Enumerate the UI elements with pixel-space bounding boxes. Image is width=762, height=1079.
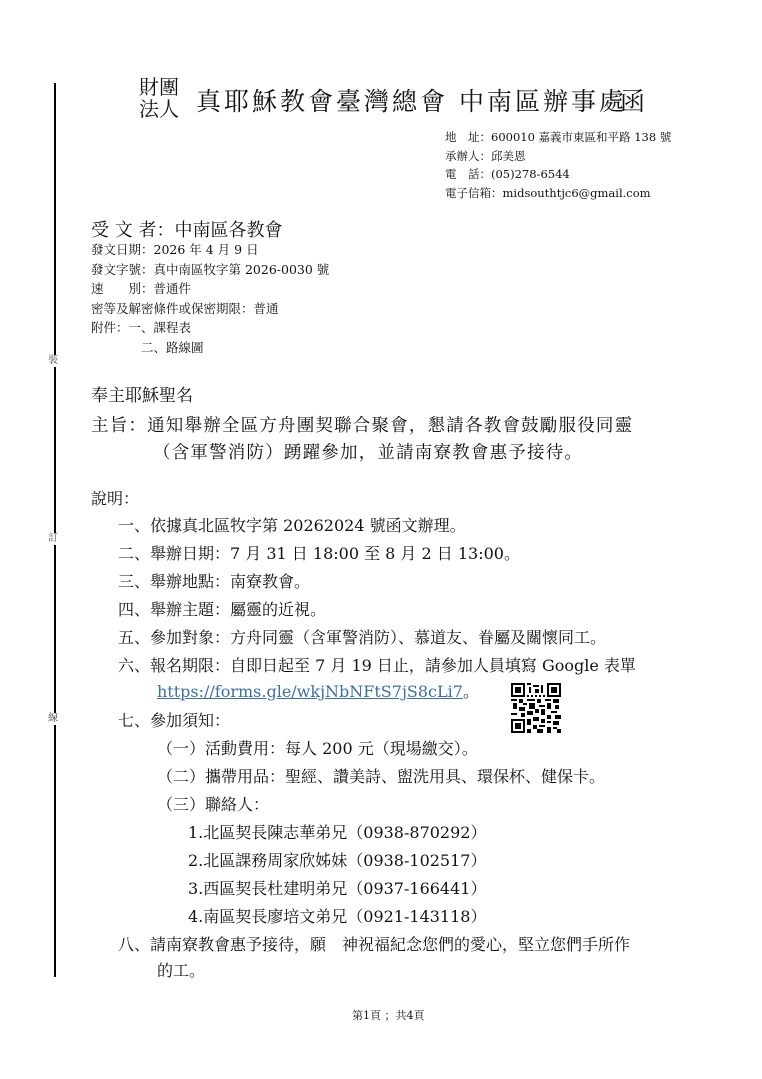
org-name: 真耶穌教會臺灣總會 中南區辦事處: [196, 82, 627, 118]
google-form-link[interactable]: https://forms.gle/wkjNbNFtS7jS8cLi7: [157, 682, 463, 701]
contact-email: 電子信箱：midsouthtjc6@gmail.com: [445, 184, 671, 203]
org-prefix-line2: 法人: [139, 98, 179, 120]
binding-char-ding: 訂: [48, 533, 58, 545]
form-link-line: https://forms.gle/wkjNbNFtS7jS8cLi7。: [157, 679, 479, 702]
notice-1: （一）活動費用：每人 200 元（現場繳交）。: [157, 736, 478, 759]
contact-block: 地 址：600010 嘉義市東區和平路 138 號 承辦人：邱美恩 電 話：(0…: [445, 128, 671, 202]
explanation-item-8: 八、請南寮教會惠予接待，願 神祝福紀念您們的愛心，堅立您們手所作: [118, 932, 630, 955]
explanation-item-5: 五、參加對象：方舟同靈（含軍警消防）、慕道友、眷屬及關懷同工。: [118, 625, 606, 648]
attachment-2: 二、路線圖: [91, 338, 329, 358]
recipient: 受 文 者：中南區各教會: [91, 216, 282, 242]
explanation-label: 說明：: [91, 486, 139, 509]
doc-type: 函: [620, 82, 648, 118]
attachment-1: 附件：一、課程表: [91, 318, 329, 338]
explanation-item-8-cont: 的工。: [157, 958, 205, 981]
salutation: 奉主耶穌聖名: [91, 381, 193, 406]
confidentiality: 密等及解密條件或保密期限：普通: [91, 299, 329, 319]
meta-block: 發文日期：2026 年 4 月 9 日 發文字號：真中南區牧字第 2026-00…: [91, 240, 329, 357]
contact-phone: 電 話：(05)278-6544: [445, 165, 671, 184]
contact-address: 地 址：600010 嘉義市東區和平路 138 號: [445, 128, 671, 147]
explanation-item-1: 一、依據真北區牧字第 20262024 號函文辦理。: [118, 513, 466, 536]
urgency: 速 別：普通件: [91, 279, 329, 299]
notice-2: （二）攜帶用品：聖經、讚美詩、盥洗用具、環保杯、健保卡。: [157, 764, 605, 787]
binding-line: [54, 83, 56, 977]
org-prefix: 財團 法人: [139, 76, 179, 120]
qr-code-icon[interactable]: [511, 683, 561, 733]
page-number: 第1頁 ；共4頁: [352, 1007, 425, 1023]
subject-line2: （含軍警消防）踴躍參加，並請南寮教會惠予接待。: [153, 439, 583, 464]
subject-line1: 主旨：通知舉辦全區方舟團契聯合聚會，懇請各教會鼓勵服役同靈: [91, 412, 633, 437]
contact-person-3: 3.西區契長杜建明弟兄（0937-166441）: [188, 876, 486, 899]
org-prefix-line1: 財團: [139, 76, 179, 98]
form-link-suffix: 。: [463, 682, 479, 701]
issue-date: 發文日期：2026 年 4 月 9 日: [91, 240, 329, 260]
contact-person-4: 4.南區契長廖培文弟兄（0921-143118）: [188, 904, 486, 927]
contact-person-2: 2.北區課務周家欣姊妹（0938-102517）: [188, 848, 486, 871]
contact-person-1: 1.北區契長陳志華弟兄（0938-870292）: [188, 820, 486, 843]
doc-number: 發文字號：真中南區牧字第 2026-0030 號: [91, 260, 329, 280]
explanation-item-4: 四、舉辦主題：屬靈的近視。: [118, 597, 326, 620]
binding-char-zhuang: 裝: [48, 355, 58, 367]
contact-handler: 承辦人：邱美恩: [445, 147, 671, 166]
explanation-item-3: 三、舉辦地點：南寮教會。: [118, 569, 310, 592]
explanation-item-7: 七、參加須知：: [118, 708, 230, 731]
notice-3: （三）聯絡人：: [157, 792, 269, 815]
explanation-item-2: 二、舉辦日期：7 月 31 日 18:00 至 8 月 2 日 13:00。: [118, 541, 520, 564]
binding-char-xian: 線: [48, 713, 58, 725]
explanation-item-6: 六、報名期限：自即日起至 7 月 19 日止，請參加人員填寫 Google 表單: [118, 653, 636, 676]
